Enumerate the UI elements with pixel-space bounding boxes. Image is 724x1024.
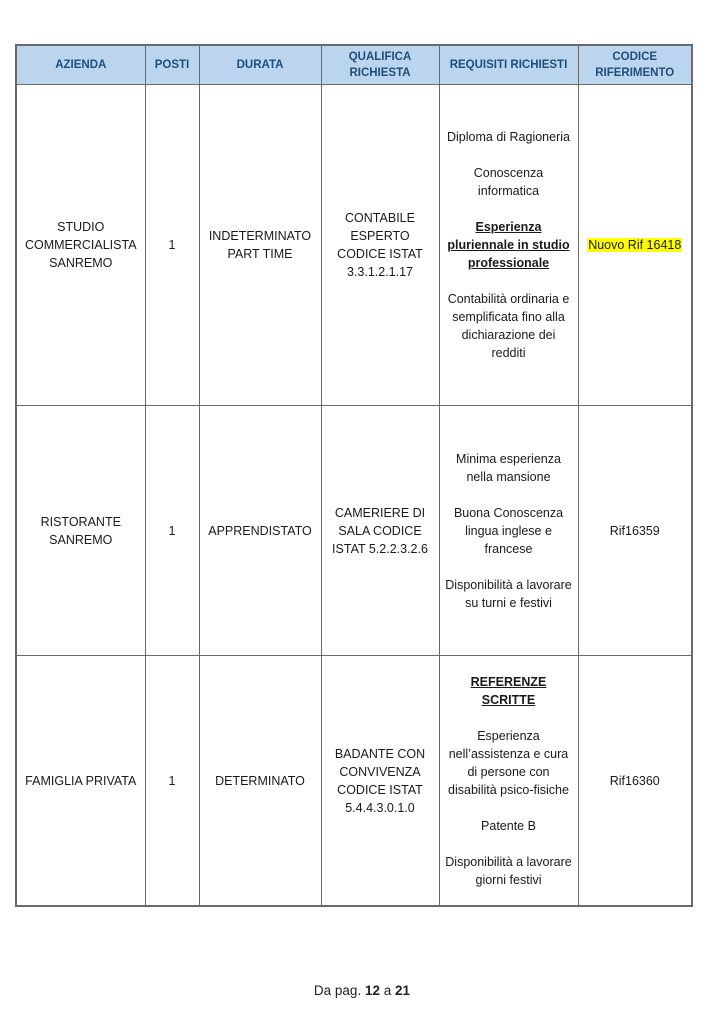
requisito: Disponibilità a lavorare giorni festivi	[444, 853, 574, 889]
cell-requisiti: Minima esperienza nella mansione Buona C…	[439, 406, 578, 656]
header-durata: DURATA	[199, 45, 321, 85]
requisito-emphasis: Esperienza pluriennale in studio profess…	[444, 218, 574, 272]
footer-prefix: Da pag.	[314, 983, 361, 998]
requisito: Esperienza nell’assistenza e cura di per…	[444, 727, 574, 799]
footer-separator: a	[384, 983, 392, 998]
cell-posti: 1	[145, 85, 199, 406]
cell-posti: 1	[145, 656, 199, 907]
cell-codice: Rif16359	[578, 406, 692, 656]
table-row: STUDIO COMMERCIALISTA SANREMO 1 INDETERM…	[16, 85, 692, 406]
requisito: Diploma di Ragioneria	[444, 128, 574, 146]
cell-azienda: RISTORANTE SANREMO	[16, 406, 145, 656]
table-header-row: AZIENDA POSTI DURATA QUALIFICA RICHIESTA…	[16, 45, 692, 85]
cell-codice: Rif16360	[578, 656, 692, 907]
cell-durata: DETERMINATO	[199, 656, 321, 907]
header-codice: CODICE RIFERIMENTO	[578, 45, 692, 85]
cell-requisiti: Diploma di Ragioneria Conoscenza informa…	[439, 85, 578, 406]
cell-codice: Nuovo Rif 16418	[578, 85, 692, 406]
cell-requisiti: REFERENZE SCRITTE Esperienza nell’assist…	[439, 656, 578, 907]
job-offers-table: AZIENDA POSTI DURATA QUALIFICA RICHIESTA…	[15, 44, 693, 907]
header-qualifica: QUALIFICA RICHIESTA	[321, 45, 439, 85]
footer-from-page: 12	[365, 983, 380, 998]
cell-durata: INDETERMINATO PART TIME	[199, 85, 321, 406]
requisito: Patente B	[444, 817, 574, 835]
requisito: Buona Conoscenza lingua inglese e france…	[444, 504, 574, 558]
header-posti: POSTI	[145, 45, 199, 85]
requisito: Minima esperienza nella mansione	[444, 450, 574, 486]
cell-azienda: STUDIO COMMERCIALISTA SANREMO	[16, 85, 145, 406]
cell-qualifica: CONTABILE ESPERTO CODICE ISTAT 3.3.1.2.1…	[321, 85, 439, 406]
requisito-emphasis: REFERENZE SCRITTE	[444, 673, 574, 709]
footer-to-page: 21	[395, 983, 410, 998]
header-requisiti: REQUISITI RICHIESTI	[439, 45, 578, 85]
header-azienda: AZIENDA	[16, 45, 145, 85]
page-footer: Da pag. 12 a 21	[0, 983, 724, 998]
cell-qualifica: BADANTE CON CONVIVENZA CODICE ISTAT 5.4.…	[321, 656, 439, 907]
codice-highlighted: Nuovo Rif 16418	[587, 238, 682, 252]
cell-durata: APPRENDISTATO	[199, 406, 321, 656]
table-row: RISTORANTE SANREMO 1 APPRENDISTATO CAMER…	[16, 406, 692, 656]
requisito: Disponibilità a lavorare su turni e fest…	[444, 576, 574, 612]
cell-qualifica: CAMERIERE DI SALA CODICE ISTAT 5.2.2.3.2…	[321, 406, 439, 656]
requisito: Conoscenza informatica	[444, 164, 574, 200]
table-row: FAMIGLIA PRIVATA 1 DETERMINATO BADANTE C…	[16, 656, 692, 907]
cell-posti: 1	[145, 406, 199, 656]
cell-azienda: FAMIGLIA PRIVATA	[16, 656, 145, 907]
requisito: Contabilità ordinaria e semplificata fin…	[444, 290, 574, 362]
